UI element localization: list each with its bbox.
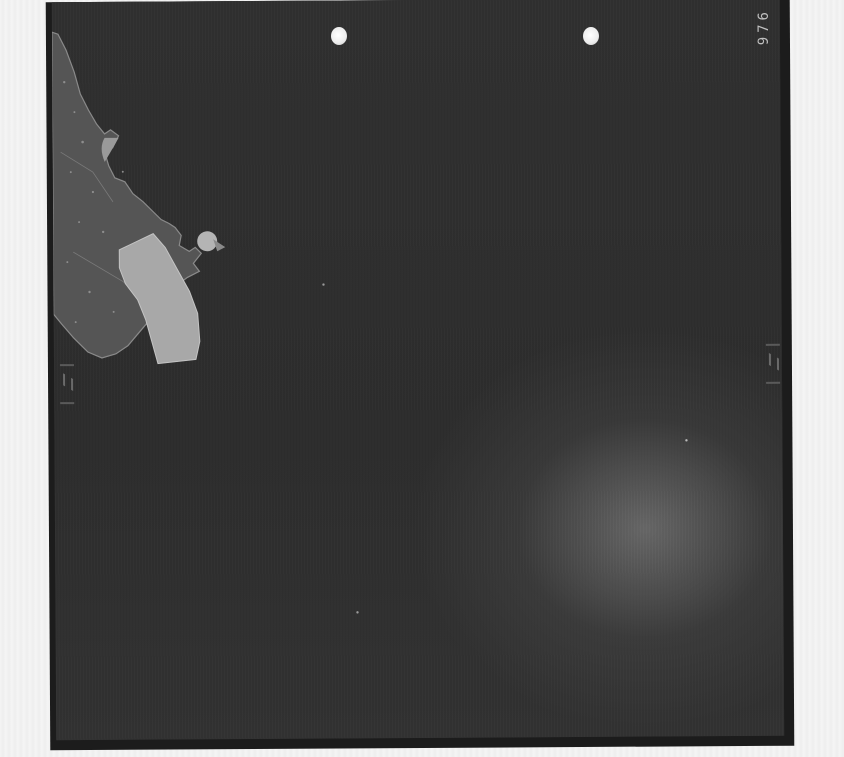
fiducial-mark-right [766, 344, 780, 384]
registration-hole-right [583, 27, 599, 45]
fiducial-mark-left [60, 364, 74, 404]
aerial-photo-frame [52, 0, 784, 740]
frame-number-label: 976 [756, 8, 772, 45]
speck [685, 439, 687, 441]
bay-highlight [102, 138, 119, 162]
registration-hole-left [331, 27, 347, 45]
speck [322, 283, 324, 285]
coastline-map [52, 0, 784, 740]
speck [356, 611, 358, 613]
